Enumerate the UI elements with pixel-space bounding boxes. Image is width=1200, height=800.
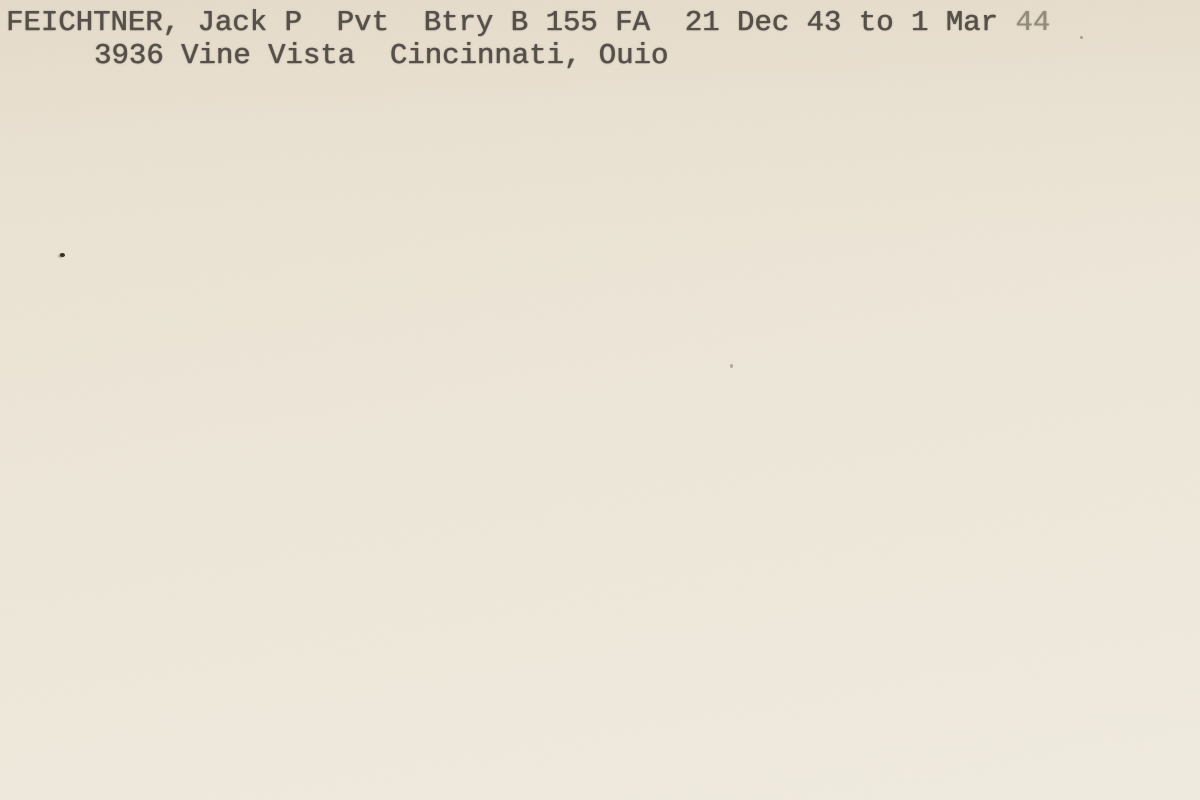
paper-speck: [730, 364, 733, 368]
paper-speck: [60, 253, 65, 257]
service-record-year-faint: 44: [1015, 6, 1050, 39]
typed-line-address: 3936 Vine Vista Cincinnati, Ouio: [94, 41, 668, 71]
index-card: FEICHTNER, Jack P Pvt Btry B 155 FA 21 D…: [0, 0, 1200, 800]
paper-speck: [1080, 36, 1083, 39]
paper-grain-texture: [0, 0, 1200, 800]
typed-line-service-record: FEICHTNER, Jack P Pvt Btry B 155 FA 21 D…: [6, 8, 1050, 38]
service-record-text: FEICHTNER, Jack P Pvt Btry B 155 FA 21 D…: [6, 6, 1015, 39]
